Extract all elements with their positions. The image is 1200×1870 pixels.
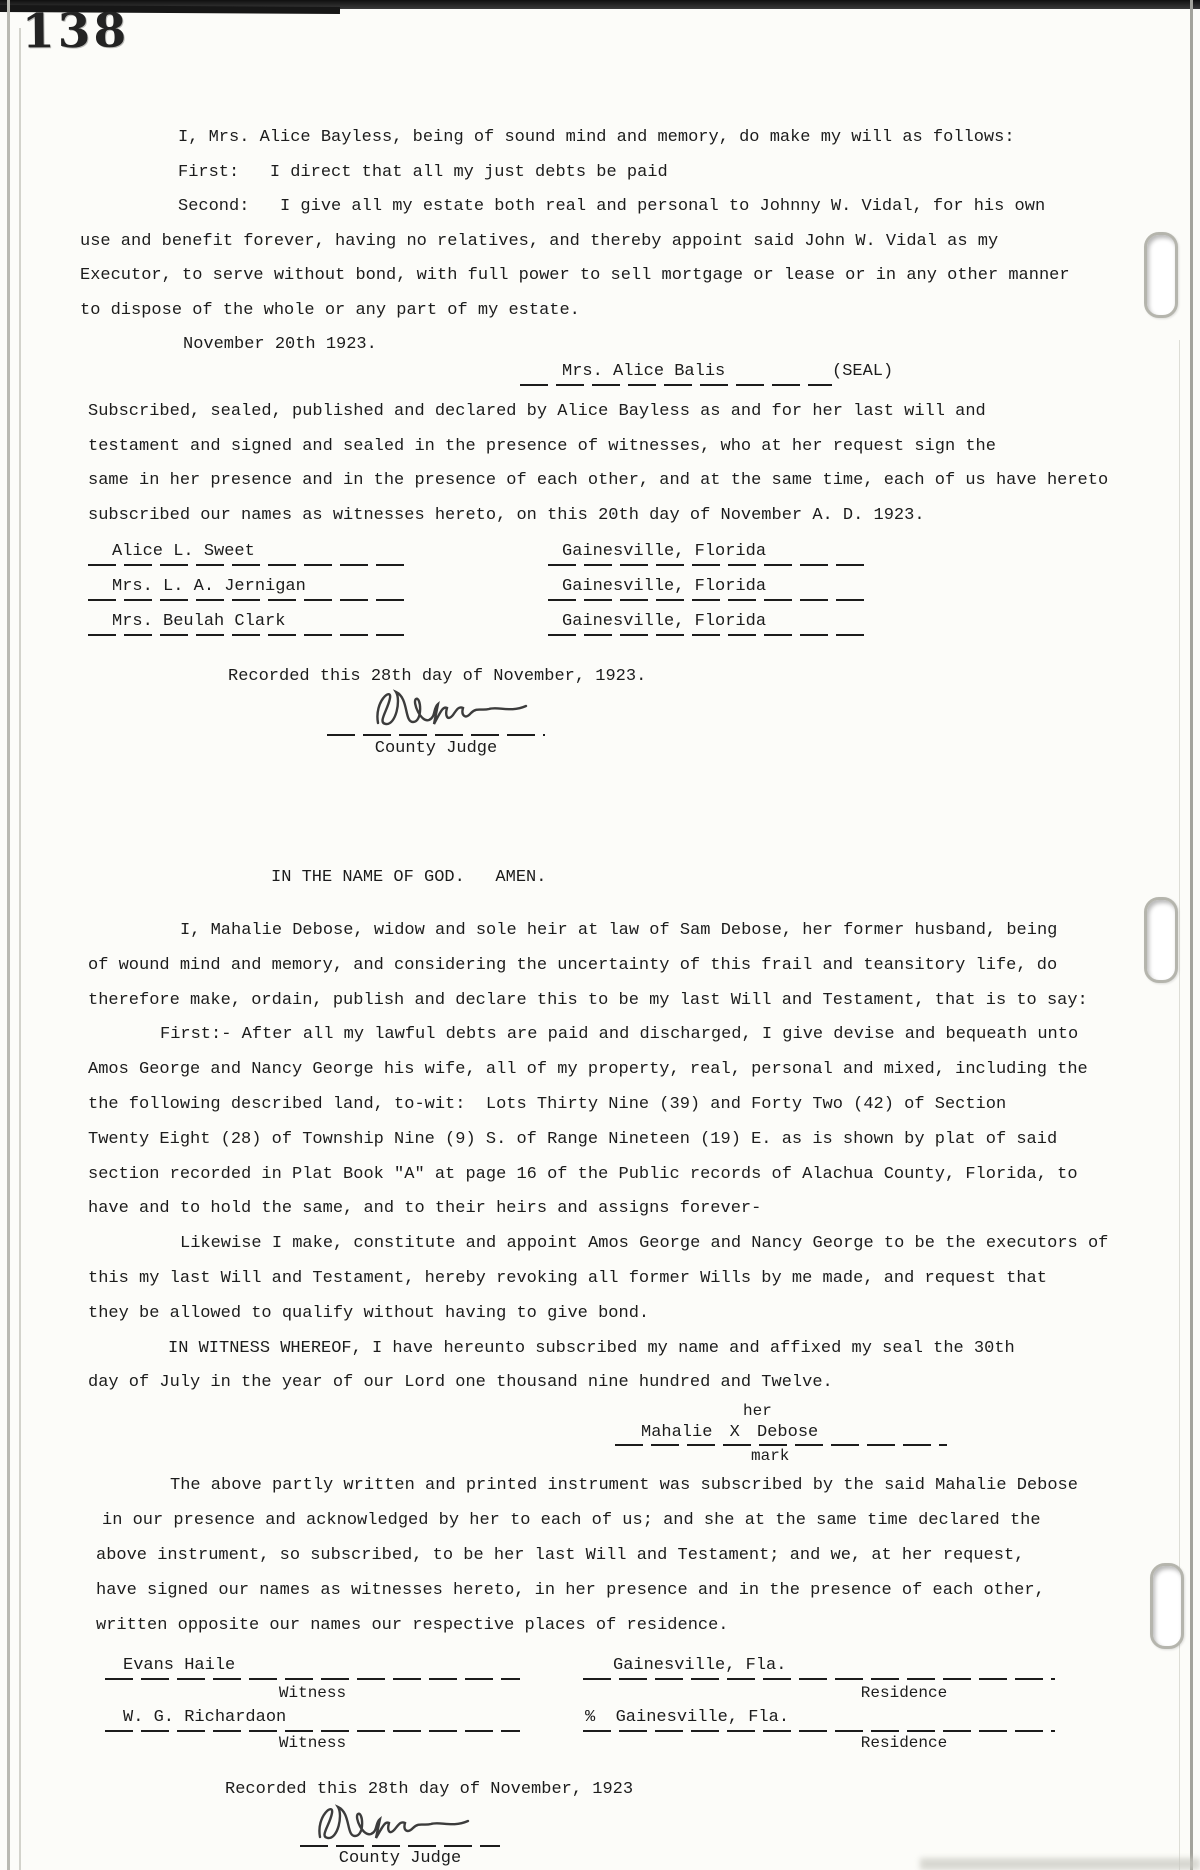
- testator-signature-row: Mrs. Alice Balis(SEAL): [520, 358, 893, 386]
- will-line: Amos George and Nancy George his wife, a…: [88, 1053, 1168, 1088]
- witness-residence-cell: Gainesville, Florida: [548, 607, 868, 636]
- witness-residence: Gainesville, Florida: [548, 537, 868, 566]
- will-heading: IN THE NAME OF GOD. AMEN.: [271, 861, 546, 895]
- page-left-rule-inner: [19, 28, 21, 1870]
- attestation-line: Subscribed, sealed, published and declar…: [88, 395, 1168, 430]
- attestation-line: testament and signed and sealed in the p…: [88, 430, 1168, 465]
- attestation-line: in our presence and acknowledged by her …: [88, 1503, 1168, 1538]
- witness-row: W. G. Richardaon: [105, 1704, 520, 1732]
- will-line: I, Mahalie Debose, widow and sole heir a…: [88, 914, 1168, 949]
- witness-residence: Gainesville, Florida: [548, 607, 868, 636]
- will-line: the following described land, to-wit: Lo…: [88, 1088, 1168, 1123]
- will-line: First:- After all my lawful debts are pa…: [88, 1018, 1168, 1053]
- her-label: her: [615, 1402, 947, 1420]
- witness-residence-cell: Gainesville, Florida: [548, 572, 868, 601]
- mark-signature-name: Mahalie X Debose: [615, 1420, 947, 1446]
- testator-signature-name: Mrs. Alice Balis: [520, 358, 832, 386]
- will-line: section recorded in Plat Book "A" at pag…: [88, 1158, 1168, 1193]
- will-line: Executor, to serve without bond, with fu…: [80, 259, 1160, 294]
- will-line: Likewise I make, constitute and appoint …: [88, 1227, 1168, 1262]
- scan-smudge: [920, 1858, 1200, 1870]
- will-line: they be allowed to qualify without havin…: [88, 1297, 1168, 1332]
- will-line: of wound mind and memory, and considerin…: [88, 949, 1168, 984]
- will-line: day of July in the year of our Lord one …: [88, 1366, 1168, 1401]
- will-debose-body: I, Mahalie Debose, widow and sole heir a…: [88, 914, 1168, 1401]
- will-line: use and benefit forever, having no relat…: [80, 225, 1160, 260]
- county-judge-title: County Judge: [327, 736, 545, 762]
- witness-label: Witness: [105, 1732, 520, 1754]
- page-right-rule: [1190, 0, 1193, 1870]
- witness-name: W. G. Richardaon: [105, 1704, 520, 1732]
- attestation-line: written opposite our names our respectiv…: [88, 1608, 1168, 1643]
- mark-label: mark: [615, 1446, 947, 1464]
- witness-residence-cell: Gainesville, Florida: [548, 537, 868, 566]
- witness-name: Evans Haile: [105, 1652, 520, 1680]
- seal-label: (SEAL): [832, 358, 893, 386]
- will-bayless-attestation: Subscribed, sealed, published and declar…: [88, 395, 1168, 533]
- attestation-line: have signed our names as witnesses heret…: [88, 1573, 1168, 1608]
- will-line: have and to hold the same, and to their …: [88, 1192, 1168, 1227]
- witness-row: Alice L. Sweet: [88, 537, 410, 566]
- witness-name: Mrs. Beulah Clark: [88, 607, 410, 636]
- will-line: IN WITNESS WHEREOF, I have hereunto subs…: [88, 1332, 1168, 1367]
- page-left-rule: [7, 0, 10, 1870]
- witness-residence: % Gainesville, Fla.: [583, 1704, 1055, 1732]
- witness-row: Mrs. Beulah Clark: [88, 607, 410, 636]
- residence-label: Residence: [583, 1732, 1055, 1754]
- will-bayless-body: I, Mrs. Alice Bayless, being of sound mi…: [80, 121, 1160, 363]
- county-judge-signature: [368, 683, 538, 738]
- residence-label: Residence: [583, 1682, 1055, 1704]
- attestation-line: subscribed our names as witnesses hereto…: [88, 499, 1168, 534]
- attestation-line: above instrument, so subscribed, to be h…: [88, 1538, 1168, 1573]
- will-line: Twenty Eight (28) of Township Nine (9) S…: [88, 1123, 1168, 1158]
- witness-residence-cell: Gainesville, Fla.: [583, 1652, 1055, 1680]
- will-line: Second: I give all my estate both real a…: [80, 190, 1160, 225]
- will-line: I, Mrs. Alice Bayless, being of sound mi…: [80, 121, 1160, 156]
- witness-row: Evans Haile: [105, 1652, 520, 1680]
- will-debose-attestation: The above partly written and printed ins…: [88, 1468, 1168, 1643]
- witness-residence: Gainesville, Florida: [548, 572, 868, 601]
- witness-residence-cell: % Gainesville, Fla.: [583, 1704, 1055, 1732]
- county-judge-title: County Judge: [300, 1846, 500, 1870]
- witness-label: Witness: [105, 1682, 520, 1704]
- will-line: First: I direct that all my just debts b…: [80, 156, 1160, 191]
- scanned-will-record-page: 138 I, Mrs. Alice Bayless, being of soun…: [0, 0, 1200, 1870]
- page-number-stamp: 138: [22, 3, 130, 59]
- witness-name: Alice L. Sweet: [88, 537, 410, 566]
- attestation-line: The above partly written and printed ins…: [88, 1468, 1168, 1503]
- witness-row: Mrs. L. A. Jernigan: [88, 572, 410, 601]
- will-line: therefore make, ordain, publish and decl…: [88, 984, 1168, 1019]
- witness-residence: Gainesville, Fla.: [583, 1652, 1055, 1680]
- mark-signature-block: her Mahalie X Debose mark: [615, 1402, 947, 1464]
- witness-name: Mrs. L. A. Jernigan: [88, 572, 410, 601]
- will-line: to dispose of the whole or any part of m…: [80, 294, 1160, 329]
- will-line: this my last Will and Testament, hereby …: [88, 1262, 1168, 1297]
- attestation-line: same in her presence and in the presence…: [88, 464, 1168, 499]
